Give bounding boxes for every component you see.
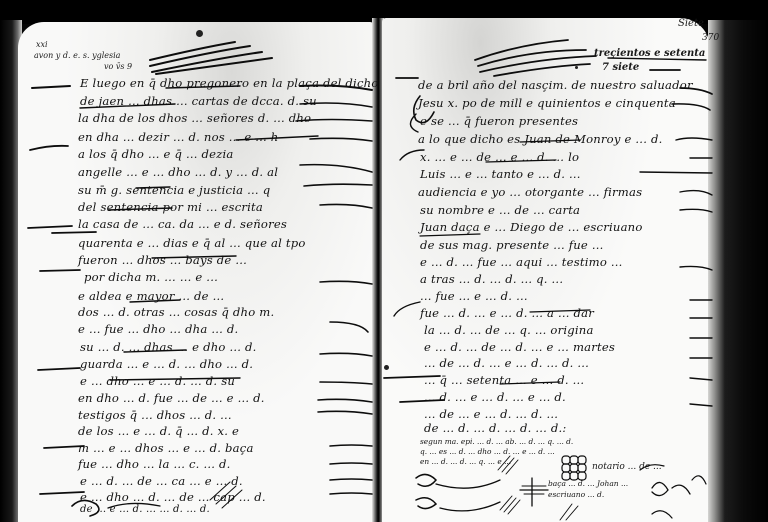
- text-line: e ... d. ... de ... ca ... e ... d.: [80, 474, 243, 488]
- text-line: e ... d. ... fue ... aqui ... testimo ..…: [420, 255, 623, 269]
- folio-number: 370: [702, 33, 719, 43]
- text-line: fue ... dho ... la ... c. ... d.: [78, 457, 231, 471]
- text-line: la ... d. ... de ... q. ... origina: [424, 323, 594, 337]
- text-line: e ... dho ... e ... d. ... d. su: [80, 374, 235, 388]
- text-line: en dho ... d. fue ... de ... e ... d.: [78, 391, 265, 405]
- text-line: de sus mag. presente ... fue ...: [420, 238, 604, 252]
- postscript-line: en ... d. ... d. ... q. ... e ...: [420, 457, 511, 466]
- text-line: en dha ... dezir ... d. nos ... e ... h: [78, 130, 278, 144]
- text-line: guarda ... e ... d. ... dho ... d.: [80, 357, 253, 371]
- text-line: de ... e ... d. ... ... d. ... d.: [80, 504, 210, 515]
- postscript-line: segun ma. epi. ... d. ... ab. ... d. ...…: [420, 437, 573, 446]
- text-line: su nombre e ... de ... carta: [420, 203, 580, 217]
- text-line: x. ... e ... de ... e ... d. ... lo: [420, 150, 579, 164]
- ink-speck: [384, 365, 389, 370]
- ink-speck: [575, 66, 578, 69]
- scanned-spread: xxi avon y d. e. s. yglesia vo v̄s 9 E l…: [0, 0, 768, 522]
- text-line: su ... d. ... dhas ... e dho ... d.: [80, 340, 257, 354]
- text-line: Luis ... e ... tanto e ... d. ...: [420, 167, 581, 181]
- text-line: por dicha m. ... ... e ...: [84, 270, 218, 284]
- text-line: fueron ... dhos ... bays de ...: [78, 253, 247, 267]
- text-line: a los q̄ dho ... e q̄ ... dezia: [78, 147, 234, 161]
- text-line: la dha de los dhos ... señores d. ... dh…: [78, 111, 311, 125]
- text-line: e ... d. ... de ... d. ... e ... martes: [424, 340, 615, 354]
- folio-word: Siete: [678, 18, 704, 29]
- text-line: Jesu x. po de mill e quinientos e cinque…: [418, 96, 676, 110]
- text-line: de ... d. ... d. ... d. ... d.:: [424, 421, 567, 435]
- text-line: angelle ... e ... dho ... d. y ... d. al: [78, 165, 278, 179]
- text-line: audiencia e yo ... otorgante ... firmas: [418, 185, 642, 199]
- text-line: la casa de ... ca. da ... e d. señores: [78, 217, 287, 231]
- signature-line: baça ... d. ... Johan ...: [548, 479, 628, 488]
- folio-heading-sub: 7 siete: [602, 62, 639, 73]
- text-line: su m̄ g. sentencia e justicia ... q: [78, 183, 270, 197]
- signature-line: escriuano ... d.: [548, 490, 604, 499]
- text-line: e se ... q̄ fueron presentes: [420, 114, 578, 128]
- left-margin-number: xxi: [36, 40, 48, 49]
- text-line: ... de ... d. ... e ... d. ... d. ...: [424, 356, 589, 370]
- text-line: de jaen ... dhas ... cartas de dcca. d. …: [80, 94, 317, 108]
- text-line: e ... dho ... d. ... de ... cap ... d.: [80, 490, 266, 504]
- text-line: de a bril año del nasçim. de nuestro sal…: [418, 78, 693, 92]
- folio-heading: treçientos e setenta: [594, 48, 705, 59]
- left-margin-heading: avon y d. e. s. yglesia: [34, 51, 120, 60]
- text-line: a lo que dicho es Juan de Monroy e ... d…: [418, 132, 662, 146]
- text-line: ... fue ... e ... d. ...: [420, 289, 528, 303]
- text-line: E luego en q̄ dho pregonero en la plaça …: [80, 76, 379, 90]
- text-line: Juan daça e ... Diego de ... escriuano: [420, 220, 643, 234]
- right-binding-shadow: [708, 20, 768, 522]
- text-line: ... q̄ ... setenta ... e ... d. ...: [424, 373, 584, 387]
- notary-name: notario ... de ...: [592, 462, 662, 472]
- text-line: dos ... d. otras ... cosas q̄ dho m.: [78, 305, 274, 319]
- text-line: fue ... d. ... e ... d. ... a ... dar: [420, 306, 594, 320]
- text-line: a tras ... d. ... d. ... q. ...: [420, 272, 563, 286]
- text-line: del sentencia por mi ... escrita: [78, 200, 263, 214]
- text-line: ... d. ... e ... d. ... e ... d.: [424, 390, 566, 404]
- left-margin-subheading: vo v̄s 9: [104, 62, 132, 71]
- text-line: e ... fue ... dho ... dha ... d.: [78, 322, 238, 336]
- text-line: de los ... e ... d. q̄ ... d. x. e: [78, 424, 239, 438]
- text-line: ... de ... e ... d. ... d. ...: [424, 407, 558, 421]
- text-line: e aldea e mayor ... de ...: [78, 289, 224, 303]
- ink-speck: [196, 30, 203, 37]
- postscript-line: q. ... es ... d. ... dho ... d. ... e ..…: [420, 447, 555, 456]
- text-line: testigos q̄ ... dhos ... d. ...: [78, 408, 232, 422]
- text-line: quarenta e ... dias e q̄ al ... que al t…: [78, 236, 306, 250]
- text-line: m ... e ... dhos ... e ... d. baça: [78, 441, 254, 455]
